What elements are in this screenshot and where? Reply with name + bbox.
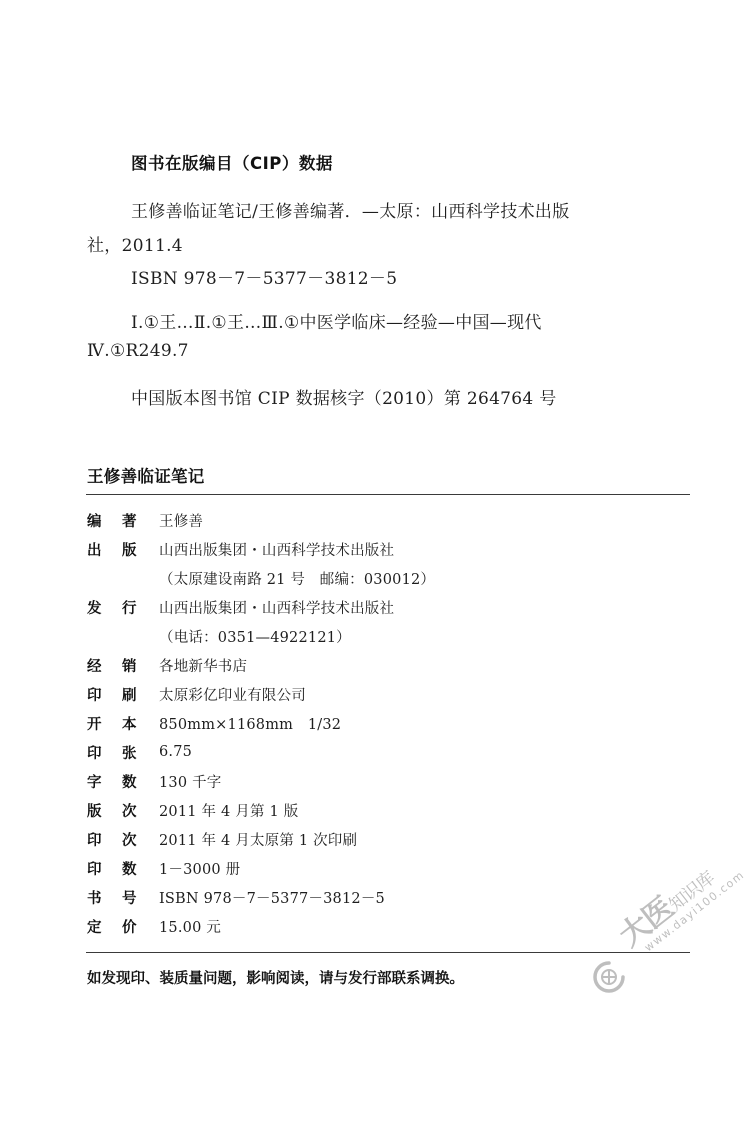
cip-line-subjects: Ⅰ.①王…Ⅱ.①王…Ⅲ.①中医学临床—经验—中国—现代 xyxy=(131,308,542,333)
colophon-value: （电话：0351—4922121） xyxy=(159,626,351,647)
colophon-value: ISBN 978－7－5377－3812－5 xyxy=(159,887,385,908)
colophon-value: （太原建设南路 21 号 邮编：030012） xyxy=(159,568,435,589)
colophon-label: 经销 xyxy=(87,654,159,676)
dayi-logo-icon xyxy=(592,960,626,994)
cip-line-isbn: ISBN 978－7－5377－3812－5 xyxy=(131,264,397,289)
cip-line-record-number: 中国版本图书馆 CIP 数据核字（2010）第 264764 号 xyxy=(131,384,557,409)
colophon-value: 各地新华书店 xyxy=(159,655,247,676)
quality-notice: 如发现印、装质量问题，影响阅读，请与发行部联系调换。 xyxy=(87,967,464,988)
colophon-row-isbn: 书号 ISBN 978－7－5377－3812－5 xyxy=(87,886,385,908)
cip-heading: 图书在版编目（CIP）数据 xyxy=(131,150,333,174)
colophon-label: 印张 xyxy=(87,741,159,763)
colophon-row-publisher: 出版 山西出版集团・山西科学技术出版社 xyxy=(87,538,394,560)
colophon-label: 印次 xyxy=(87,828,159,850)
colophon-value: 130 千字 xyxy=(159,771,222,792)
colophon-label: 字数 xyxy=(87,770,159,792)
colophon-value: 太原彩亿印业有限公司 xyxy=(159,684,306,705)
colophon-label: 出版 xyxy=(87,538,159,560)
colophon-value: 2011 年 4 月第 1 版 xyxy=(159,800,298,821)
cip-line-classification: Ⅳ.①R249.7 xyxy=(87,341,189,361)
colophon-label xyxy=(87,625,159,647)
colophon-value: 850mm×1168mm 1/32 xyxy=(159,713,341,734)
colophon-row-print-run: 印数 1－3000 册 xyxy=(87,857,240,879)
colophon-label xyxy=(87,567,159,589)
colophon-row-distributor: 发行 山西出版集团・山西科学技术出版社 xyxy=(87,596,394,618)
colophon-row-distributor-phone: （电话：0351—4922121） xyxy=(87,625,351,647)
colophon-row-price: 定价 15.00 元 xyxy=(87,915,221,937)
colophon-label: 印刷 xyxy=(87,683,159,705)
colophon-row-sales: 经销 各地新华书店 xyxy=(87,654,247,676)
colophon-label: 版次 xyxy=(87,799,159,821)
colophon-label: 印数 xyxy=(87,857,159,879)
colophon-row-sheets: 印张 6.75 xyxy=(87,741,192,763)
colophon-row-printer: 印刷 太原彩亿印业有限公司 xyxy=(87,683,306,705)
colophon-value: 15.00 元 xyxy=(159,916,221,937)
divider-top xyxy=(86,494,690,495)
colophon-label: 定价 xyxy=(87,915,159,937)
watermark: 大医知识库 www.dayi100.com xyxy=(590,860,740,1000)
colophon-value: 山西出版集团・山西科学技术出版社 xyxy=(159,539,394,560)
colophon-row-format: 开本 850mm×1168mm 1/32 xyxy=(87,712,341,734)
colophon-value: 1－3000 册 xyxy=(159,858,240,879)
book-title: 王修善临证笔记 xyxy=(87,463,205,487)
colophon-value: 2011 年 4 月太原第 1 次印刷 xyxy=(159,829,357,850)
colophon-row-edition: 版次 2011 年 4 月第 1 版 xyxy=(87,799,298,821)
colophon-row-publisher-address: （太原建设南路 21 号 邮编：030012） xyxy=(87,567,435,589)
colophon-value: 6.75 xyxy=(159,744,192,760)
colophon-label: 书号 xyxy=(87,886,159,908)
colophon-row-editor: 编著 王修善 xyxy=(87,509,203,531)
divider-bottom xyxy=(86,952,690,953)
colophon-row-word-count: 字数 130 千字 xyxy=(87,770,222,792)
watermark-brand: 大医知识库 xyxy=(608,853,721,955)
colophon-label: 编著 xyxy=(87,509,159,531)
colophon-value: 山西出版集团・山西科学技术出版社 xyxy=(159,597,394,618)
cip-line-title-author: 王修善临证笔记/王修善编著．—太原：山西科学技术出版 xyxy=(131,197,570,222)
cip-line-publisher-date: 社，2011.4 xyxy=(87,231,183,256)
colophon-value: 王修善 xyxy=(159,510,203,531)
colophon-row-printing: 印次 2011 年 4 月太原第 1 次印刷 xyxy=(87,828,357,850)
colophon-label: 发行 xyxy=(87,596,159,618)
watermark-url: www.dayi100.com xyxy=(642,868,747,954)
colophon-label: 开本 xyxy=(87,712,159,734)
